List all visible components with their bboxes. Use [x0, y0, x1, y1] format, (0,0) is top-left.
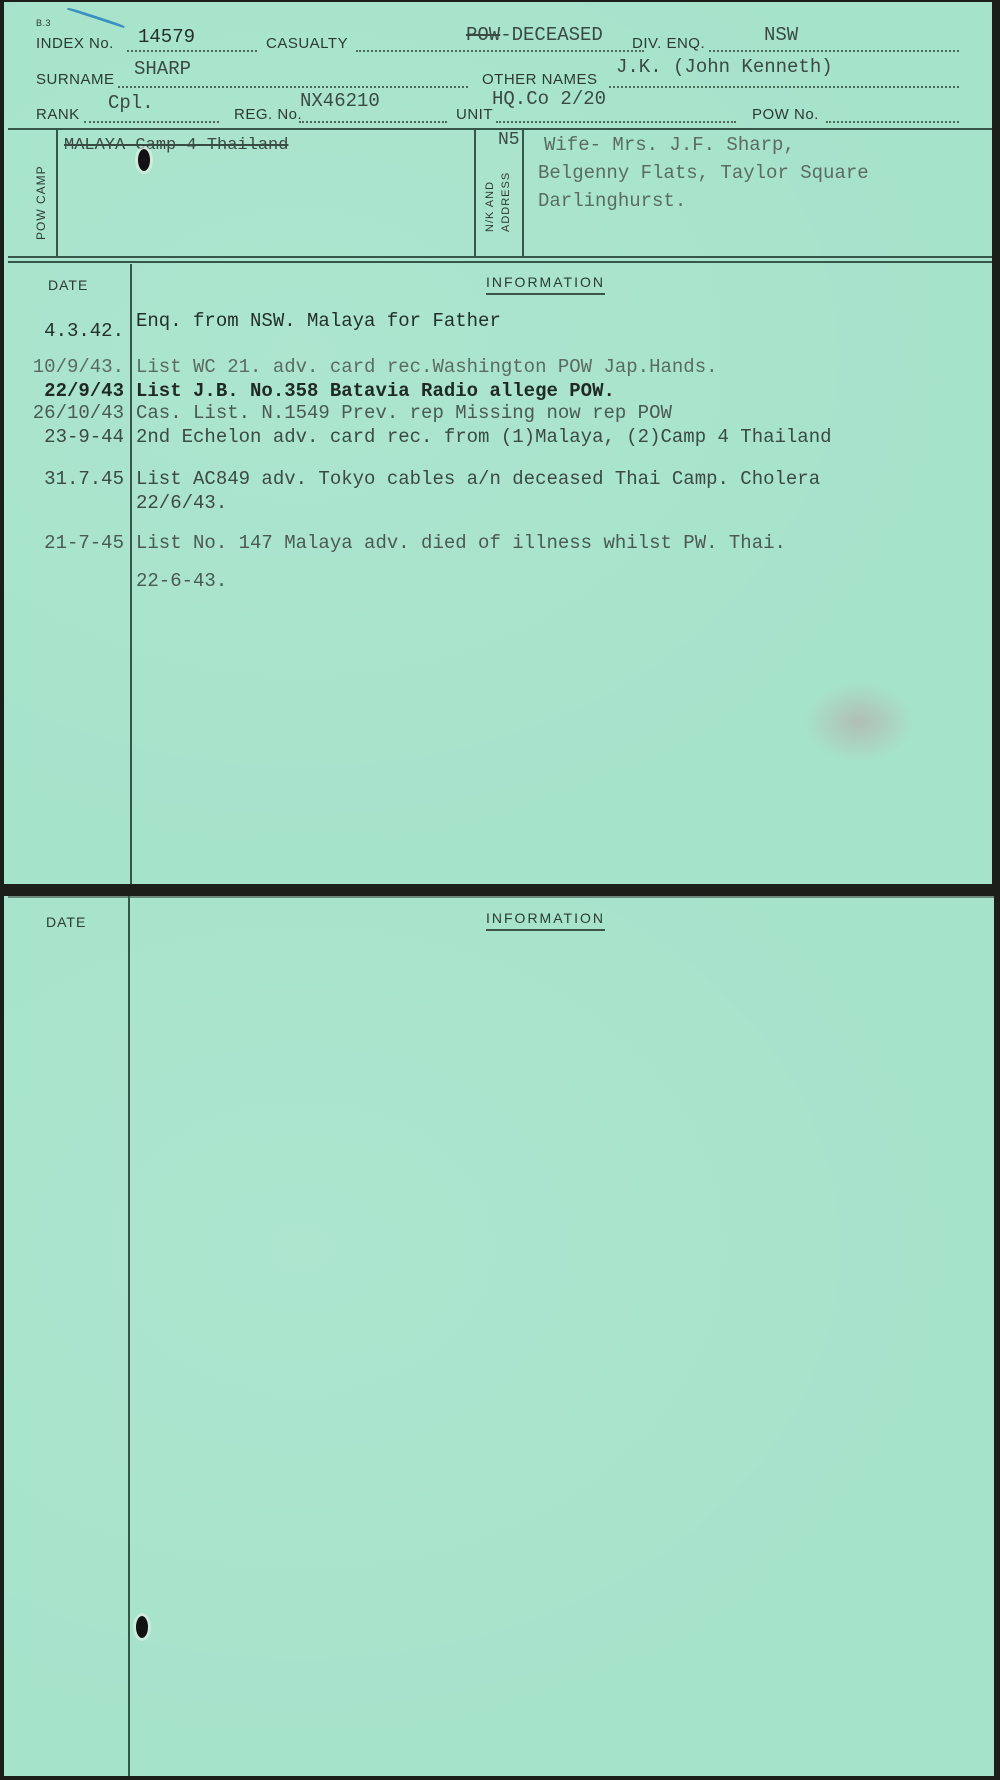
ink-stain [804, 682, 914, 762]
form-code: B.3 [36, 18, 51, 28]
row-info: Enq. from NSW. Malaya for Father [136, 310, 501, 332]
unit-label: UNIT [456, 106, 493, 123]
nk-code: N5 [498, 130, 520, 150]
index-value: 14579 [138, 26, 195, 48]
casualty-value: POW-DECEASED [466, 24, 603, 46]
row-info: 2nd Echelon adv. card rec. from (1)Malay… [136, 426, 832, 448]
div-enq-dots [709, 50, 959, 52]
date-column-divider [130, 264, 132, 884]
row-date: 22/9/43 [4, 380, 124, 402]
box-bottom-rule-2 [8, 261, 992, 263]
other-names-dots [609, 86, 959, 88]
row-info: List J.B. No.358 Batavia Radio allege PO… [136, 380, 615, 402]
nk-address-line-3: Darlinghurst. [538, 190, 686, 212]
row-info: List WC 21. adv. card rec.Washington POW… [136, 356, 718, 378]
div-enq-value: NSW [764, 24, 798, 46]
back-date-header: DATE [46, 914, 86, 930]
nk-address-line-1: Wife- Mrs. J.F. Sharp, [544, 134, 795, 156]
row-info: Cas. List. N.1549 Prev. rep Missing now … [136, 402, 672, 424]
punch-hole [138, 149, 150, 171]
unit-value: HQ.Co 2/20 [492, 88, 606, 110]
information-header: INFORMATION [486, 274, 605, 295]
index-dots [127, 50, 257, 52]
reg-no-value: NX46210 [300, 90, 380, 112]
surname-dots [118, 86, 468, 88]
index-label: INDEX No. [36, 35, 114, 52]
record-card-back: DATE INFORMATION [4, 896, 994, 1776]
surname-value: SHARP [134, 58, 191, 80]
unit-dots [496, 121, 736, 123]
nk-label-line1: N/K AND [484, 181, 496, 232]
reg-no-dots [299, 121, 447, 123]
rank-value: Cpl. [108, 92, 154, 114]
pow-camp-value: MALAYA Camp 4 Thailand [64, 136, 288, 155]
row-date: 23-9-44 [4, 426, 124, 448]
row-info: List AC849 adv. Tokyo cables a/n decease… [136, 468, 820, 490]
date-header: DATE [48, 277, 88, 293]
casualty-text: -DECEASED [500, 24, 603, 46]
pow-camp-divider [56, 130, 58, 256]
nk-divider-right [522, 130, 524, 256]
row-info-continued: 22/6/43. [136, 492, 227, 514]
nk-label-line2: ADDRESS [500, 172, 512, 232]
back-top-rule [8, 896, 994, 898]
div-enq-label: DIV. ENQ. [632, 35, 705, 52]
back-date-column-divider [128, 896, 130, 1776]
other-names-value: J.K. (John Kenneth) [616, 56, 833, 78]
row-info-continued: 22-6-43. [136, 570, 227, 592]
pow-no-dots [826, 121, 959, 123]
row-info: List No. 147 Malaya adv. died of illness… [136, 532, 786, 554]
other-names-label: OTHER NAMES [482, 71, 598, 88]
pow-camp-label: POW CAMP [34, 165, 48, 240]
row-date: 21-7-45 [4, 532, 124, 554]
pen-mark [67, 7, 125, 28]
row-date: 31.7.45 [4, 468, 124, 490]
back-information-header: INFORMATION [486, 910, 605, 931]
row-date: 10/9/43. [4, 356, 124, 378]
rank-dots [84, 121, 219, 123]
box-bottom-rule-1 [8, 256, 992, 258]
row-date: 26/10/43 [4, 402, 124, 424]
nk-divider-left [474, 130, 476, 256]
nk-address-line-2: Belgenny Flats, Taylor Square [538, 162, 869, 184]
record-card-front: B.3 INDEX No. 14579 CASUALTY POW-DECEASE… [4, 2, 992, 884]
casualty-struck: POW [466, 24, 500, 46]
reg-no-label: REG. No. [234, 106, 302, 123]
pow-no-label: POW No. [752, 106, 819, 123]
punch-hole [136, 1616, 148, 1638]
row-date: 4.3.42. [4, 320, 124, 342]
rank-label: RANK [36, 106, 80, 123]
casualty-dots [356, 50, 644, 52]
surname-label: SURNAME [36, 71, 115, 88]
casualty-label: CASUALTY [266, 35, 348, 52]
